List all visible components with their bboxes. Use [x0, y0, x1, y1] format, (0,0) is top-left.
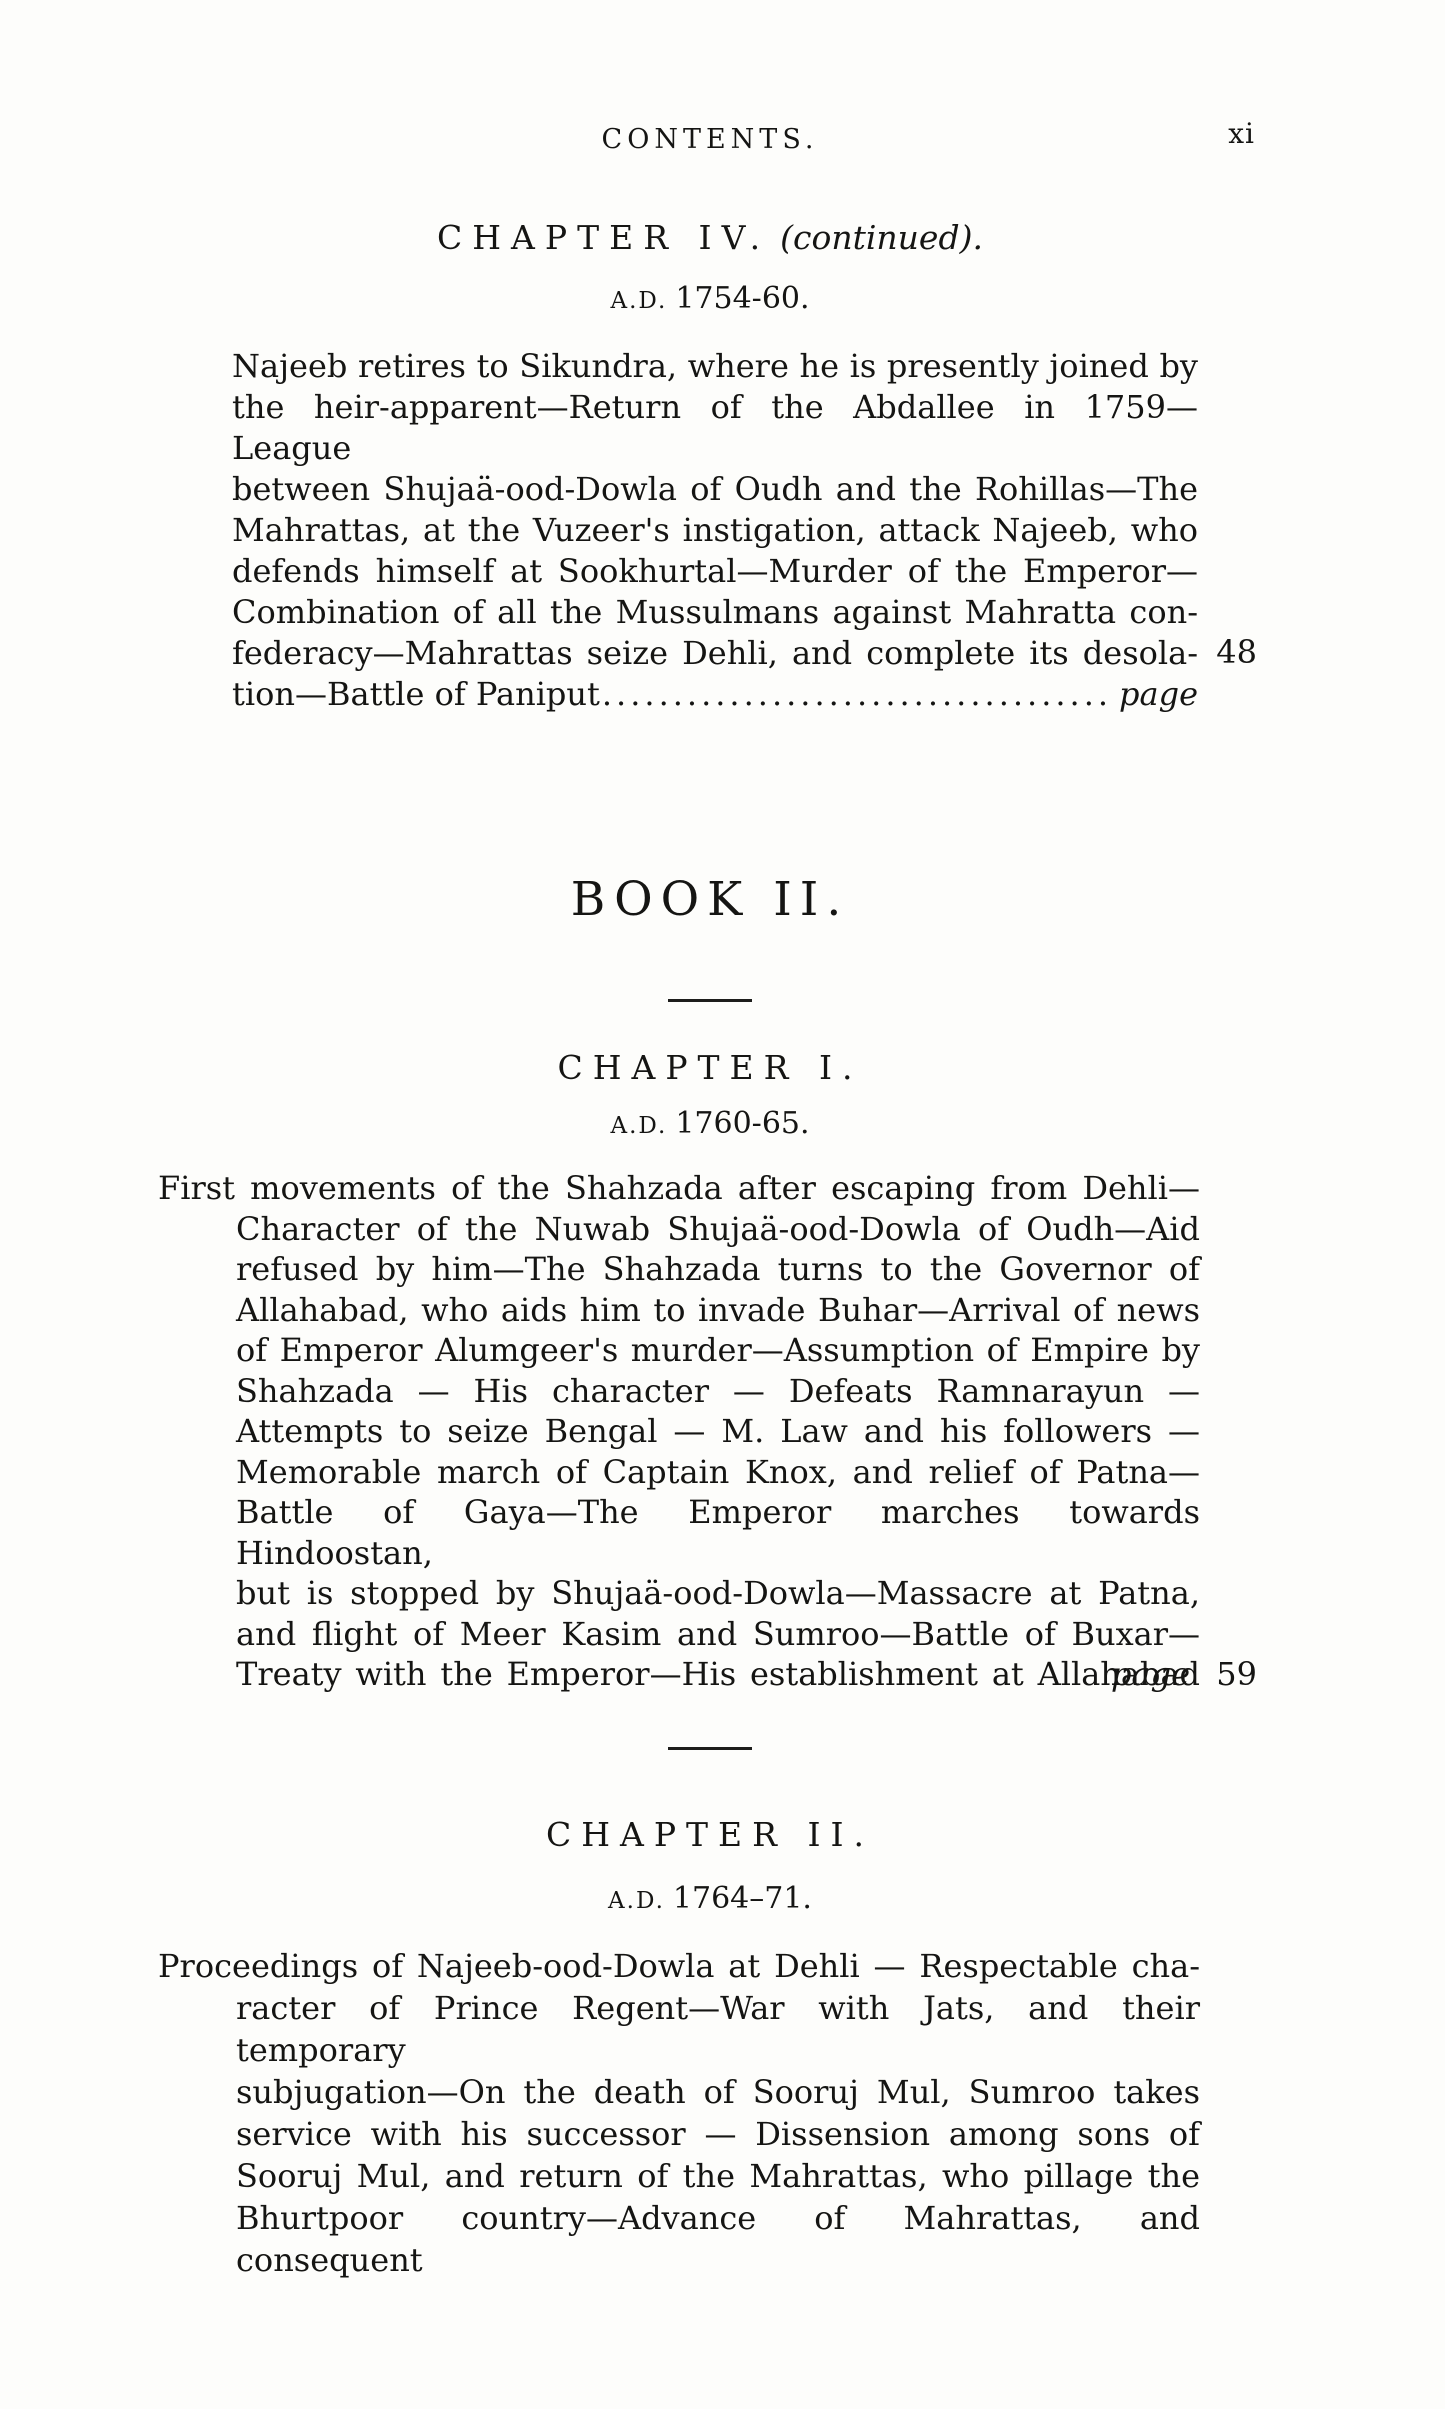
chapter1-title: CHAPTER I.	[557, 1048, 862, 1087]
toc-leader-line: tion—Battle of Paniput .................…	[232, 674, 1198, 715]
toc-line: Memorable march of Captain Knox, and rel…	[236, 1452, 1200, 1493]
page-folio: xi	[1228, 117, 1255, 150]
chapter2-summary: Proceedings of Najeeb-ood-Dowla at Dehli…	[158, 1945, 1200, 2281]
toc-line: Battle of Gaya—The Emperor marches towar…	[236, 1492, 1200, 1573]
chapter2-date-line: A.D.1764–71.	[160, 1881, 1260, 1916]
chapter1-page-number: 59	[1216, 1655, 1257, 1693]
toc-line: but is stopped by Shujaä-ood-Dowla—Massa…	[236, 1573, 1200, 1614]
chapter4-continued-label: (continued).	[780, 218, 983, 257]
toc-line: subjugation—On the death of Sooruj Mul, …	[236, 2071, 1200, 2113]
toc-line: Mahrattas, at the Vuzeer's instigation, …	[232, 510, 1198, 551]
chapter1-date-line: A.D.1760-65.	[160, 1106, 1260, 1141]
chapter4-title: CHAPTER IV.	[437, 218, 770, 257]
chapter2-years: 1764–71.	[673, 1881, 812, 1916]
toc-line: Shahzada — His character — Defeats Ramna…	[236, 1371, 1200, 1412]
toc-line: between Shujaä-ood-Dowla of Oudh and the…	[232, 469, 1198, 510]
chapter2-title: CHAPTER II.	[546, 1815, 874, 1854]
toc-line: service with his successor — Dissension …	[236, 2113, 1200, 2155]
toc-line: First movements of the Shahzada after es…	[158, 1168, 1200, 1209]
chapter1-heading: CHAPTER I.	[160, 1048, 1260, 1087]
chapter4-page-number: 48	[1216, 633, 1257, 671]
toc-line: racter of Prince Regent—War with Jats, a…	[236, 1987, 1200, 2071]
chapter4-era: A.D.	[610, 288, 667, 314]
chapter4-heading: CHAPTER IV.(continued).	[160, 218, 1260, 257]
toc-line: defends himself at Sookhurtal—Murder of …	[232, 551, 1198, 592]
chapter4-years: 1754-60.	[675, 281, 809, 316]
toc-line: Sooruj Mul, and return of the Mahrattas,…	[236, 2155, 1200, 2197]
toc-line: Combination of all the Mussulmans agains…	[232, 592, 1198, 633]
running-head: CONTENTS.	[160, 124, 1260, 155]
dot-leader: ........................................…	[602, 674, 1113, 715]
section-rule	[668, 1747, 752, 1750]
toc-line: Najeeb retires to Sikundra, where he is …	[232, 346, 1198, 387]
toc-line: and flight of Meer Kasim and Sumroo—Batt…	[236, 1614, 1200, 1655]
toc-line: refused by him—The Shahzada turns to the…	[236, 1249, 1200, 1290]
chapter1-summary: First movements of the Shahzada after es…	[158, 1168, 1200, 1695]
toc-line: Allahabad, who aids him to invade Buhar—…	[236, 1290, 1200, 1331]
chapter4-date-line: A.D.1754-60.	[160, 281, 1260, 316]
chapter1-years: 1760-65.	[675, 1106, 809, 1141]
chapter2-era: A.D.	[608, 1888, 665, 1914]
page-label: page	[1119, 674, 1198, 715]
toc-line-text: tion—Battle of Paniput	[232, 674, 600, 715]
chapter2-heading: CHAPTER II.	[160, 1815, 1260, 1854]
chapter1-era: A.D.	[610, 1113, 667, 1139]
toc-line: federacy—Mahrattas seize Dehli, and comp…	[232, 633, 1198, 674]
chapter4-summary: Najeeb retires to Sikundra, where he is …	[232, 346, 1198, 715]
book2-heading: BOOK II.	[160, 872, 1260, 927]
toc-line: Proceedings of Najeeb-ood-Dowla at Dehli…	[158, 1945, 1200, 1987]
toc-line: the heir-apparent—Return of the Abdallee…	[232, 387, 1198, 469]
page-label: page	[158, 1655, 1190, 1693]
toc-line: of Emperor Alumgeer's murder—Assumption …	[236, 1330, 1200, 1371]
toc-line: Bhurtpoor country—Advance of Mahrattas, …	[236, 2197, 1200, 2281]
toc-line: Character of the Nuwab Shujaä-ood-Dowla …	[236, 1209, 1200, 1250]
section-rule	[668, 999, 752, 1002]
toc-line: Attempts to seize Bengal — M. Law and hi…	[236, 1411, 1200, 1452]
book-page: CONTENTS. xi CHAPTER IV.(continued). A.D…	[0, 0, 1445, 2409]
